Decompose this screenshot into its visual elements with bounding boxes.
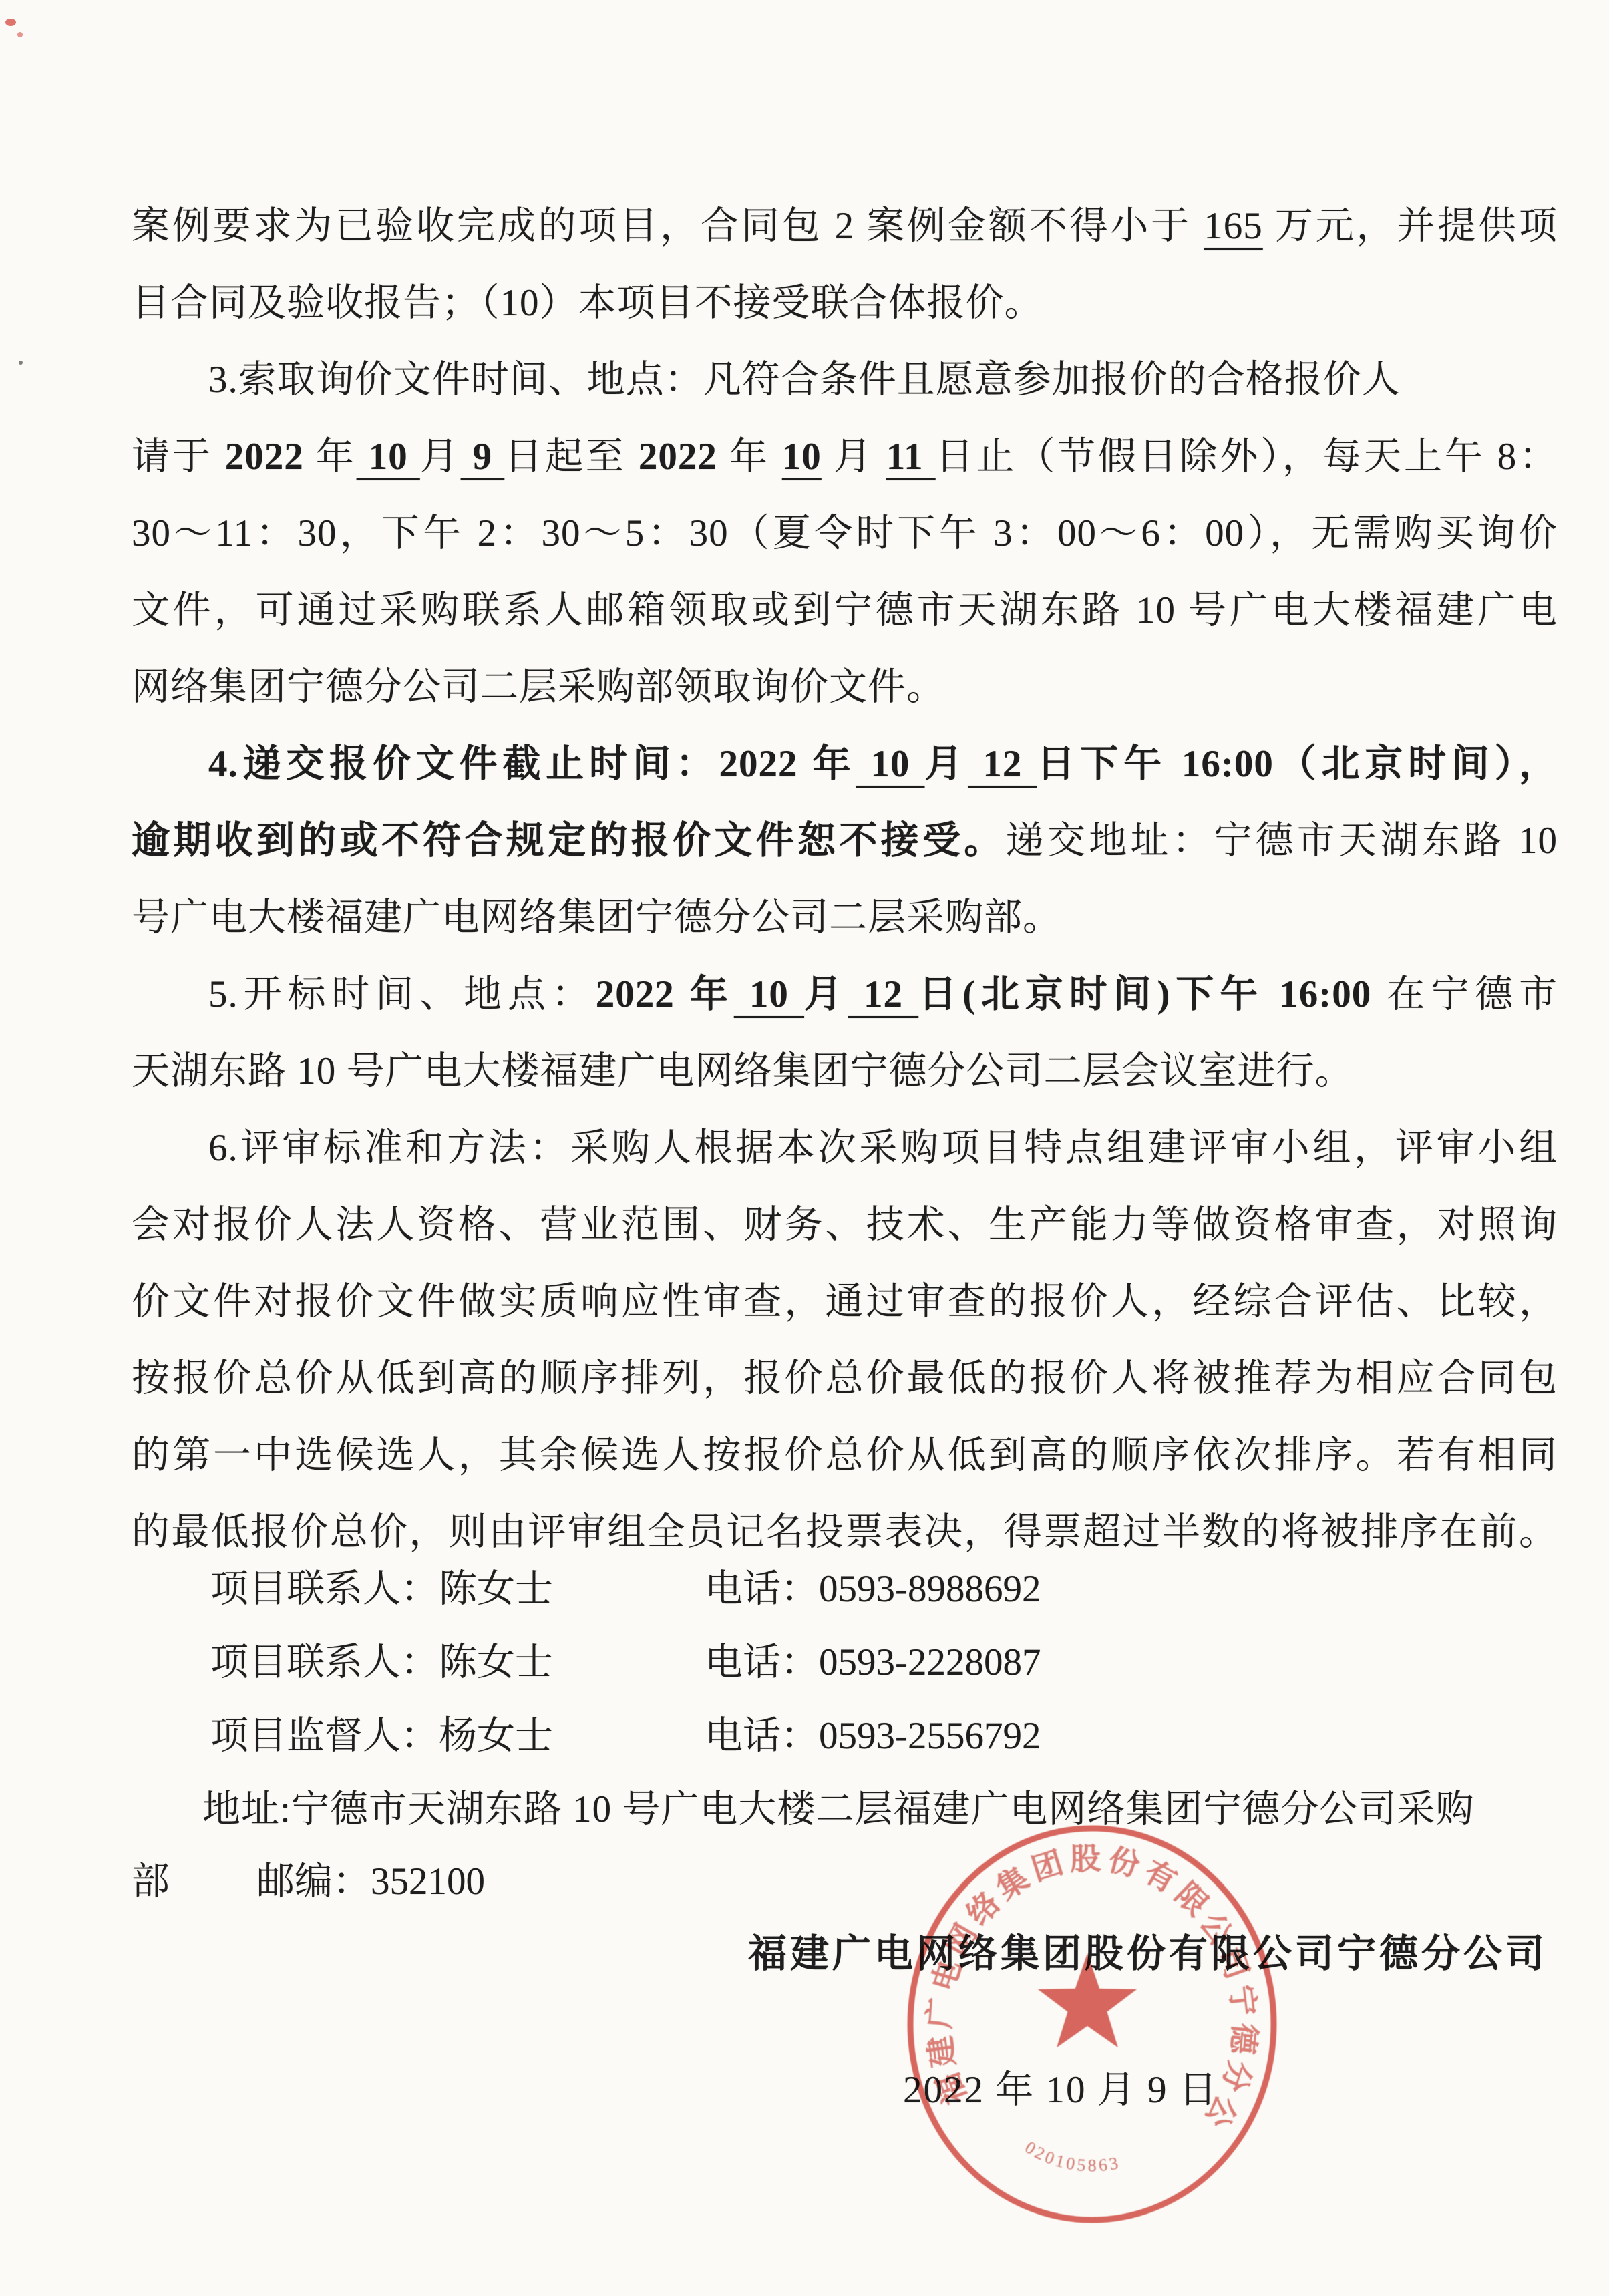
text-segment: 递交地址：宁德市天湖东路 10 — [1006, 820, 1558, 862]
body-line: 30～11：30，下午 2：30～5：30（夏令时下午 3：00～6：00），无… — [132, 495, 1558, 572]
contact-role-label: 项目联系人： — [210, 1568, 439, 1610]
postal-label: 邮编： — [256, 1860, 371, 1903]
contact-row: 项目监督人：杨女士电话：0593-2556792 — [132, 1699, 1558, 1773]
address-continuation: 部 — [132, 1860, 170, 1903]
text-segment: 2022 — [639, 436, 717, 478]
phone-number: 0593-2228087 — [819, 1641, 1041, 1683]
text-segment: 5.开标时间、地点： — [208, 973, 596, 1015]
text-segment: 请于 — [132, 436, 225, 478]
body-line: 天湖东路 10 号广电大楼福建广电网络集团宁德分公司二层会议室进行。 — [132, 1033, 1558, 1110]
text-segment: 逾期收到的或不符合规定的报价文件恕不接受。 — [132, 820, 1006, 862]
document-page: 案例要求为已验收完成的项目，合同包 2 案例金额不得小于 165 万元，并提供项… — [0, 0, 1609, 2296]
text-segment: 9 — [461, 436, 505, 478]
text-segment: 日下午 16:00（北京时间）， — [1037, 743, 1558, 785]
text-segment: 10 — [357, 436, 420, 478]
text-segment: 12 — [968, 743, 1037, 785]
text-segment: 年 — [717, 436, 782, 478]
text-segment: 在宁德市 — [1387, 973, 1558, 1015]
phone-label: 电话： — [705, 1715, 819, 1757]
postal-code: 352100 — [371, 1860, 485, 1903]
seal-serial-number: 020105863 — [1022, 2138, 1123, 2176]
body-line: 会对报价人法人资格、营业范围、财务、技术、生产能力等做资格审查，对照询 — [132, 1186, 1558, 1263]
contact-phone: 电话：0593-8988692 — [705, 1552, 1041, 1626]
scan-artifact — [17, 32, 23, 37]
official-seal: 福建广电网络集团股份有限公司宁德分公司 020105863 — [892, 1814, 1292, 2235]
contact-name: 陈女士 — [439, 1568, 553, 1610]
body-line: 4.递交报价文件截止时间：2022 年 10 月 12 日下午 16:00（北京… — [132, 725, 1558, 802]
text-segment: 月 — [420, 436, 461, 478]
text-segment: 案例要求为已验收完成的项目，合同包 2 案例金额不得小于 — [132, 205, 1204, 247]
text-segment: 12 — [848, 973, 918, 1015]
body-line: 号广电大楼福建广电网络集团宁德分公司二层采购部。 — [132, 879, 1558, 956]
scan-artifact — [5, 19, 16, 26]
body-line: 逾期收到的或不符合规定的报价文件恕不接受。递交地址：宁德市天湖东路 10 — [132, 802, 1558, 879]
text-segment: 165 — [1204, 205, 1263, 247]
body-line: 请于 2022 年 10 月 9 日起至 2022 年 10 月 11 日止（节… — [132, 418, 1558, 495]
text-segment: 价文件对报价文件做实质响应性审查，通过审查的报价人，经综合评估、比较， — [132, 1281, 1558, 1323]
text-segment: 目合同及验收报告；（10）本项目不接受联合体报价。 — [132, 282, 1043, 324]
text-segment: 年 — [304, 436, 357, 478]
contact-phone: 电话：0593-2556792 — [705, 1699, 1041, 1773]
contact-name: 陈女士 — [439, 1641, 553, 1683]
star-icon — [1038, 1953, 1137, 2047]
contact-phone: 电话：0593-2228087 — [705, 1626, 1041, 1699]
text-segment: 日(北京时间)下午 16:00 — [918, 973, 1387, 1015]
body-line: 3.索取询价文件时间、地点：凡符合条件且愿意参加报价的合格报价人 — [132, 341, 1558, 418]
phone-number: 0593-2556792 — [819, 1715, 1041, 1757]
text-segment: 的第一中选候选人，其余候选人按报价总价从低到高的顺序依次排序。若有相同 — [132, 1434, 1558, 1476]
body-line: 5.开标时间、地点：2022 年 10 月 12 日(北京时间)下午 16:00… — [132, 956, 1558, 1033]
text-segment: 网络集团宁德分公司二层采购部领取询价文件。 — [132, 666, 945, 708]
body-line: 6.评审标准和方法：采购人根据本次采购项目特点组建评审小组，评审小组 — [132, 1110, 1558, 1186]
text-segment: 3.索取询价文件时间、地点：凡符合条件且愿意参加报价的合格报价人 — [208, 359, 1401, 401]
text-segment: 6.评审标准和方法：采购人根据本次采购项目特点组建评审小组，评审小组 — [208, 1127, 1558, 1169]
body-line: 价文件对报价文件做实质响应性审查，通过审查的报价人，经综合评估、比较， — [132, 1263, 1558, 1340]
text-segment: 月 — [924, 743, 968, 785]
text-segment: 10 — [782, 436, 822, 478]
text-segment: 4.递交报价文件截止时间： — [208, 743, 719, 785]
contact-role-label: 项目监督人： — [210, 1715, 439, 1757]
text-segment: 30～11：30，下午 2：30～5：30（夏令时下午 3：00～6：00），无… — [132, 512, 1558, 554]
phone-label: 电话： — [705, 1641, 819, 1683]
body-text: 案例要求为已验收完成的项目，合同包 2 案例金额不得小于 165 万元，并提供项… — [132, 188, 1558, 1571]
contact-list: 项目联系人：陈女士电话：0593-8988692项目联系人：陈女士电话：0593… — [132, 1552, 1558, 1773]
text-segment: 按报价总价从低到高的顺序排列，报价总价最低的报价人将被推荐为相应合同包 — [132, 1357, 1558, 1400]
phone-number: 0593-8988692 — [819, 1568, 1041, 1610]
text-segment: 2022 — [225, 436, 304, 478]
address-line-2: 部邮编：352100 — [132, 1845, 1558, 1919]
text-segment: 10 — [734, 973, 804, 1015]
body-line: 案例要求为已验收完成的项目，合同包 2 案例金额不得小于 165 万元，并提供项 — [132, 188, 1558, 265]
scan-artifact — [19, 361, 23, 365]
text-segment: 天湖东路 10 号广电大楼福建广电网络集团宁德分公司二层会议室进行。 — [132, 1050, 1354, 1092]
text-segment: 月 — [822, 436, 886, 478]
text-segment: 月 — [804, 973, 848, 1015]
address-line-1: 地址:宁德市天湖东路 10 号广电大楼二层福建广电网络集团宁德分公司采购 — [132, 1773, 1588, 1846]
contact-row: 项目联系人：陈女士电话：0593-8988692 — [132, 1552, 1558, 1626]
contact-role-label: 项目联系人： — [210, 1641, 439, 1683]
seal-ring-text: 福建广电网络集团股份有限公司宁德分公司 — [892, 1814, 1262, 2138]
text-segment: 11 — [886, 436, 936, 478]
body-line: 按报价总价从低到高的顺序排列，报价总价最低的报价人将被推荐为相应合同包 — [132, 1340, 1558, 1417]
text-segment: 的最低报价总价，则由评审组全员记名投票表决，得票超过半数的将被排序在前。 — [132, 1511, 1558, 1553]
contact-name: 杨女士 — [439, 1715, 553, 1757]
text-segment: 文件，可通过采购联系人邮箱领取或到宁德市天湖东路 10 号广电大楼福建广电 — [132, 589, 1558, 631]
text-segment: 日起至 — [504, 436, 639, 478]
text-segment: 日止（节假日除外），每天上午 8： — [936, 436, 1558, 478]
text-segment: 号广电大楼福建广电网络集团宁德分公司二层采购部。 — [132, 896, 1061, 939]
body-line: 目合同及验收报告；（10）本项目不接受联合体报价。 — [132, 265, 1558, 341]
body-line: 的第一中选候选人，其余候选人按报价总价从低到高的顺序依次排序。若有相同 — [132, 1417, 1558, 1494]
text-segment: 10 — [856, 743, 924, 785]
body-line: 网络集团宁德分公司二层采购部领取询价文件。 — [132, 649, 1558, 725]
text-segment: 2022 年 — [596, 973, 734, 1015]
text-segment: 万元，并提供项 — [1263, 205, 1558, 247]
body-line: 文件，可通过采购联系人邮箱领取或到宁德市天湖东路 10 号广电大楼福建广电 — [132, 572, 1558, 649]
text-segment: 会对报价人法人资格、营业范围、财务、技术、生产能力等做资格审查，对照询 — [132, 1204, 1558, 1246]
contact-row: 项目联系人：陈女士电话：0593-2228087 — [132, 1626, 1558, 1699]
text-segment: 2022 年 — [719, 743, 856, 785]
phone-label: 电话： — [705, 1568, 819, 1610]
